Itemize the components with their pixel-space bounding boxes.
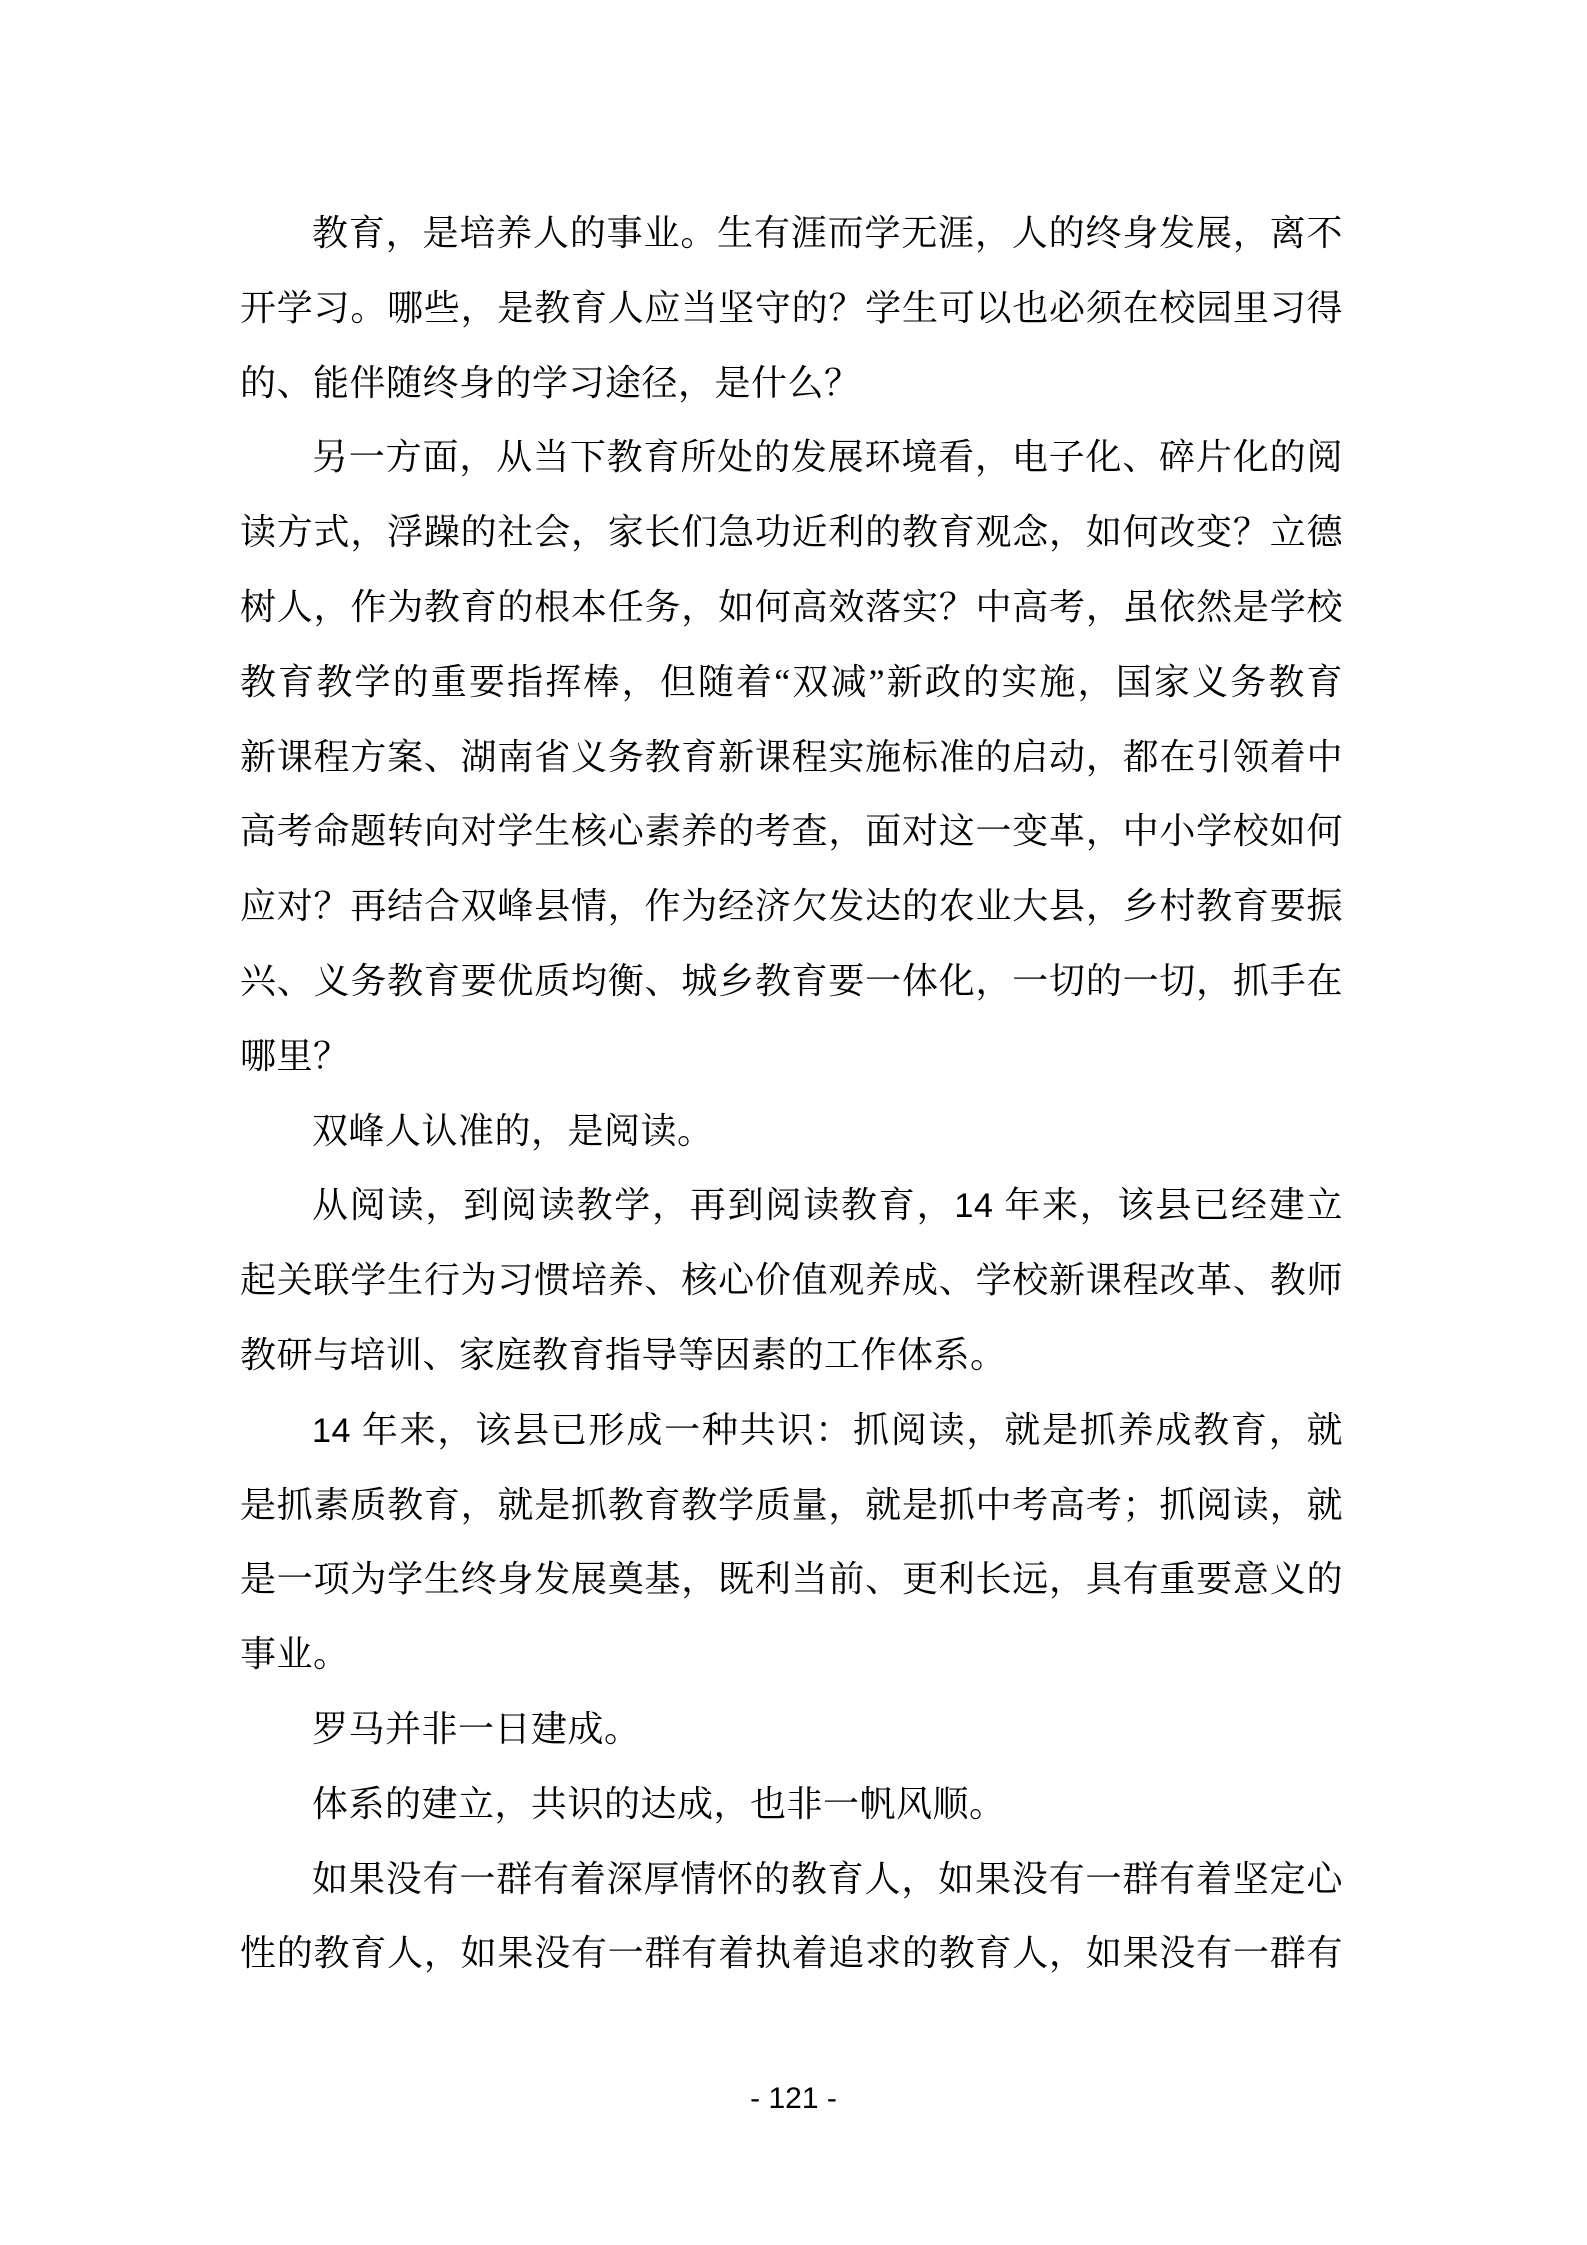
- text-line: 读方式，浮躁的社会，家长们急功近利的教育观念，如何改变？立德: [240, 495, 1343, 570]
- text-line: 从阅读，到阅读教学，再到阅读教育，14 年来，该县已经建立: [240, 1168, 1343, 1243]
- text-line: 哪里？: [240, 1019, 1343, 1094]
- page-number: - 121 -: [750, 2082, 837, 2115]
- text-line: 是抓素质教育，就是抓教育教学质量，就是抓中考高考；抓阅读，就: [240, 1468, 1343, 1543]
- text-line: 起关联学生行为习惯培养、核心价值观养成、学校新课程改革、教师: [240, 1243, 1343, 1318]
- text-line: 的、能伴随终身的学习途径，是什么？: [240, 346, 1343, 421]
- text-line: 教研与培训、家庭教育指导等因素的工作体系。: [240, 1318, 1343, 1393]
- text-line: 事业。: [240, 1617, 1343, 1692]
- text-line: 新课程方案、湖南省义务教育新课程实施标准的启动，都在引领着中: [240, 720, 1343, 795]
- text-line: 14 年来，该县已形成一种共识：抓阅读，就是抓养成教育，就: [240, 1393, 1343, 1468]
- text-line: 教育教学的重要指挥棒，但随着“双减”新政的实施，国家义务教育: [240, 645, 1343, 720]
- text-line: 如果没有一群有着深厚情怀的教育人，如果没有一群有着坚定心: [240, 1842, 1343, 1917]
- text-line: 体系的建立，共识的达成，也非一帆风顺。: [240, 1767, 1343, 1842]
- document-page: 教育，是培养人的事业。生有涯而学无涯，人的终身发展，离不开学习。哪些，是教育人应…: [0, 0, 1587, 2245]
- text-line: 应对？再结合双峰县情，作为经济欠发达的农业大县，乡村教育要振: [240, 869, 1343, 944]
- text-line: 是一项为学生终身发展奠基，既利当前、更利长远，具有重要意义的: [240, 1542, 1343, 1617]
- text-line: 双峰人认准的，是阅读。: [240, 1094, 1343, 1169]
- text-line: 开学习。哪些，是教育人应当坚守的？学生可以也必须在校园里习得: [240, 271, 1343, 346]
- text-line: 树人，作为教育的根本任务，如何高效落实？中高考，虽依然是学校: [240, 570, 1343, 645]
- text-line: 教育，是培养人的事业。生有涯而学无涯，人的终身发展，离不: [240, 196, 1343, 271]
- latin-numeral: 14: [312, 1412, 351, 1450]
- page-footer: - 121 -: [0, 2082, 1587, 2116]
- text-line: 性的教育人，如果没有一群有着执着追求的教育人，如果没有一群有: [240, 1916, 1343, 1991]
- text-line: 兴、义务教育要优质均衡、城乡教育要一体化，一切的一切，抓手在: [240, 944, 1343, 1019]
- document-body: 教育，是培养人的事业。生有涯而学无涯，人的终身发展，离不开学习。哪些，是教育人应…: [240, 196, 1343, 1991]
- text-line: 高考命题转向对学生核心素养的考查，面对这一变革，中小学校如何: [240, 794, 1343, 869]
- latin-numeral: 14: [954, 1187, 993, 1225]
- text-line: 另一方面，从当下教育所处的发展环境看，电子化、碎片化的阅: [240, 420, 1343, 495]
- text-line: 罗马并非一日建成。: [240, 1692, 1343, 1767]
